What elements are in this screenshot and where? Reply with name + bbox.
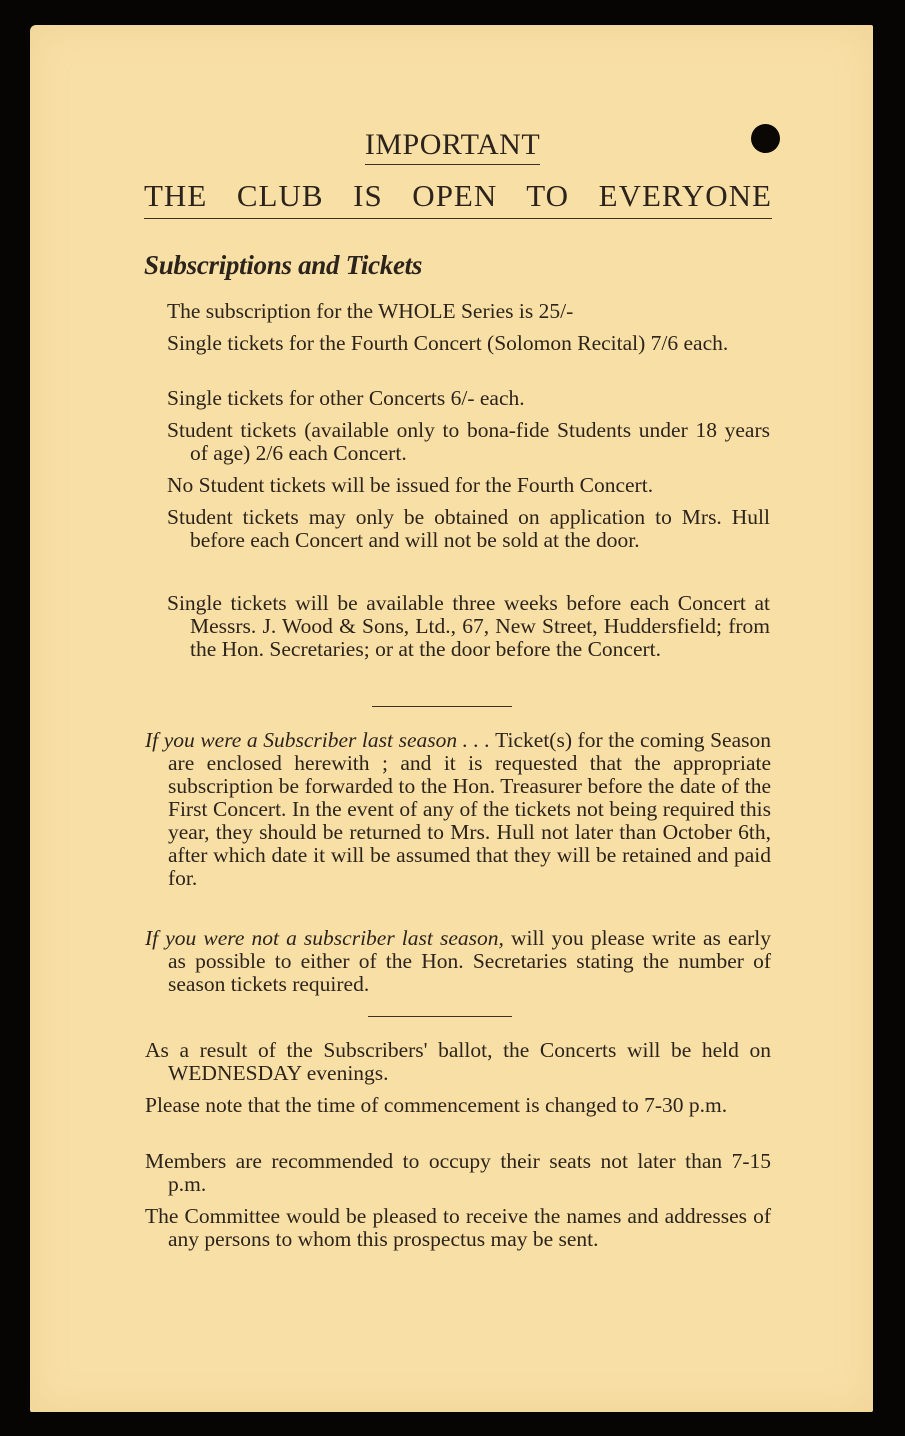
subscriber-note: If you were not a subscriber last season… <box>168 927 771 996</box>
subscriber-note: If you were a Subscriber last season . .… <box>168 729 771 890</box>
subscription-item: Single tickets will be available three w… <box>190 592 770 661</box>
title-text: IMPORTANT <box>365 128 540 165</box>
subscription-item: The subscription for the WHOLE Series is… <box>190 300 770 323</box>
general-note: The Committee would be pleased to receiv… <box>168 1205 771 1251</box>
subscription-item: Single tickets for the Fourth Concert (S… <box>190 332 770 355</box>
note-lead: If you were a Subscriber last season . .… <box>145 728 490 752</box>
note-lead: If you were not a subscriber last season… <box>145 926 504 950</box>
note-body: Ticket(s) for the coming Season are encl… <box>168 728 771 890</box>
section-divider <box>372 706 512 707</box>
general-note: Members are recommended to occupy their … <box>168 1150 771 1196</box>
general-note: As a result of the Subscribers' ballot, … <box>168 1039 771 1085</box>
subscription-item: Single tickets for other Concerts 6/- ea… <box>190 387 770 410</box>
page-title: IMPORTANT <box>0 128 905 165</box>
general-note: Please note that the time of commencemen… <box>168 1094 771 1117</box>
section-heading: Subscriptions and Tickets <box>144 250 422 281</box>
page-subtitle: THE CLUB IS OPEN TO EVERYONE <box>144 178 772 219</box>
section-divider <box>368 1016 512 1017</box>
subscription-item: Student tickets may only be obtained on … <box>190 506 770 552</box>
subscription-item: No Student tickets will be issued for th… <box>190 474 770 497</box>
subscription-item: Student tickets (available only to bona-… <box>190 419 770 465</box>
